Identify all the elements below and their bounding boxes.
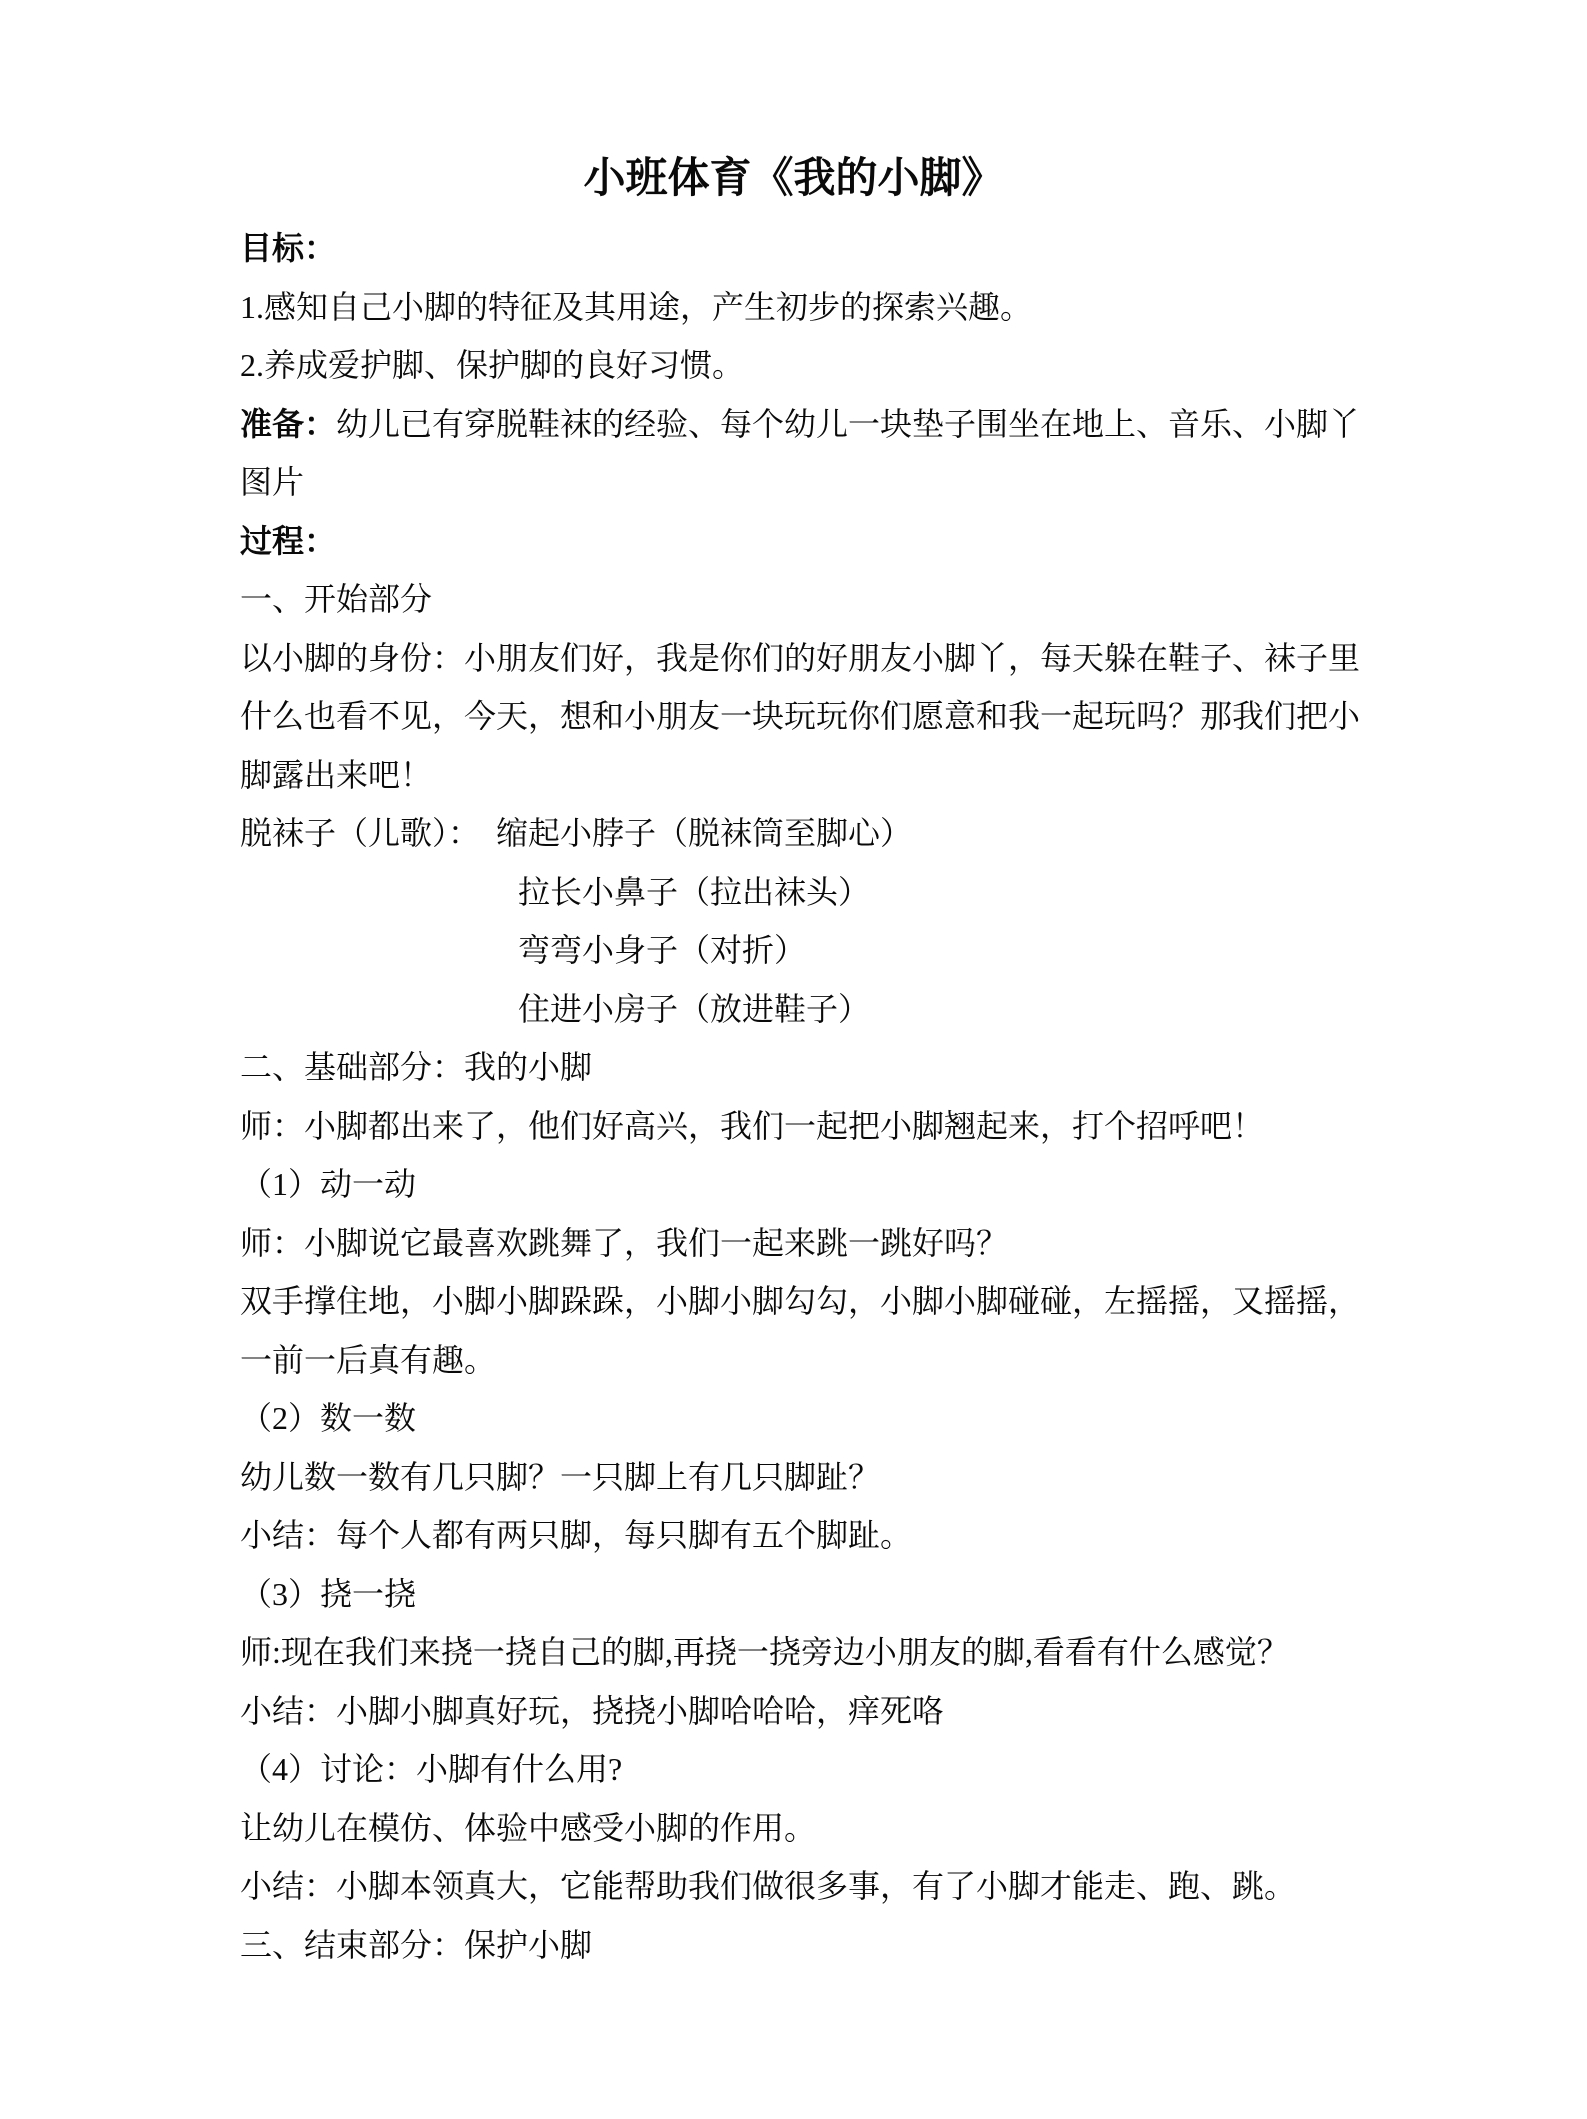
line-text: 拉长小鼻子（拉出袜头） bbox=[518, 874, 870, 910]
line-text: 幼儿已有穿脱鞋袜的经验、每个幼儿一块垫子围坐在地上、音乐、小脚丫 bbox=[336, 406, 1360, 442]
line-label: 过程： bbox=[240, 523, 336, 559]
document-line: 二、基础部分：我的小脚 bbox=[240, 1038, 1587, 1097]
document-line: 图片 bbox=[240, 453, 1587, 512]
document-line: 拉长小鼻子（拉出袜头） bbox=[240, 863, 1587, 922]
line-text: 师：小脚都出来了，他们好高兴，我们一起把小脚翘起来，打个招呼吧！ bbox=[240, 1108, 1264, 1144]
line-text: 以小脚的身份：小朋友们好，我是你们的好朋友小脚丫，每天躲在鞋子、袜子里 bbox=[240, 640, 1360, 676]
line-text: 师：小脚说它最喜欢跳舞了，我们一起来跳一跳好吗？ bbox=[240, 1225, 1008, 1261]
line-text: 让幼儿在模仿、体验中感受小脚的作用。 bbox=[240, 1810, 816, 1846]
document-line: 脱袜子（儿歌）： 缩起小脖子（脱袜筒至脚心） bbox=[240, 804, 1587, 863]
line-text: 双手撑住地，小脚小脚跺跺，小脚小脚勾勾，小脚小脚碰碰，左摇摇，又摇摇， bbox=[240, 1283, 1360, 1319]
line-text: （4）讨论：小脚有什么用? bbox=[240, 1751, 622, 1787]
line-text: 二、基础部分：我的小脚 bbox=[240, 1049, 592, 1085]
document-line: 准备：幼儿已有穿脱鞋袜的经验、每个幼儿一块垫子围坐在地上、音乐、小脚丫 bbox=[240, 395, 1587, 454]
line-text: 什么也看不见，今天，想和小朋友一块玩玩你们愿意和我一起玩吗？那我们把小 bbox=[240, 698, 1360, 734]
document-line: 师:现在我们来挠一挠自己的脚,再挠一挠旁边小朋友的脚,看看有什么感觉？ bbox=[240, 1623, 1587, 1682]
line-text: 小结：小脚本领真大，它能帮助我们做很多事，有了小脚才能走、跑、跳。 bbox=[240, 1868, 1296, 1904]
line-label: 目标： bbox=[240, 230, 336, 266]
document-line: （4）讨论：小脚有什么用? bbox=[240, 1740, 1587, 1799]
document-line: 弯弯小身子（对折） bbox=[240, 921, 1587, 980]
line-text: 1.感知自己小脚的特征及其用途，产生初步的探索兴趣。 bbox=[240, 289, 1032, 325]
document-line: 小结：每个人都有两只脚，每只脚有五个脚趾。 bbox=[240, 1506, 1587, 1565]
document-line: 脚露出来吧！ bbox=[240, 746, 1587, 805]
document-line: 1.感知自己小脚的特征及其用途，产生初步的探索兴趣。 bbox=[240, 278, 1587, 337]
line-text: 住进小房子（放进鞋子） bbox=[518, 991, 870, 1027]
document-line: 一、开始部分 bbox=[240, 570, 1587, 629]
document-page: 小班体育《我的小脚》 目标：1.感知自己小脚的特征及其用途，产生初步的探索兴趣。… bbox=[0, 0, 1587, 2119]
document-line: 小结：小脚小脚真好玩，挠挠小脚哈哈哈，痒死咯 bbox=[240, 1682, 1587, 1741]
document-line: 过程： bbox=[240, 512, 1587, 571]
document-title: 小班体育《我的小脚》 bbox=[0, 148, 1587, 210]
document-line: 以小脚的身份：小朋友们好，我是你们的好朋友小脚丫，每天躲在鞋子、袜子里 bbox=[240, 629, 1587, 688]
document-line: 小结：小脚本领真大，它能帮助我们做很多事，有了小脚才能走、跑、跳。 bbox=[240, 1857, 1587, 1916]
document-line: 目标： bbox=[240, 219, 1587, 278]
line-text: 一、开始部分 bbox=[240, 581, 432, 617]
line-text: （1）动一动 bbox=[240, 1166, 416, 1202]
document-line: 师：小脚说它最喜欢跳舞了，我们一起来跳一跳好吗？ bbox=[240, 1214, 1587, 1273]
line-text: （2）数一数 bbox=[240, 1400, 416, 1436]
line-label: 准备： bbox=[240, 406, 336, 442]
document-line: 一前一后真有趣。 bbox=[240, 1331, 1587, 1390]
document-body: 目标：1.感知自己小脚的特征及其用途，产生初步的探索兴趣。2.养成爱护脚、保护脚… bbox=[240, 219, 1587, 1974]
document-line: 让幼儿在模仿、体验中感受小脚的作用。 bbox=[240, 1799, 1587, 1858]
document-line: （2）数一数 bbox=[240, 1389, 1587, 1448]
line-text: 弯弯小身子（对折） bbox=[518, 932, 806, 968]
line-text: （3）挠一挠 bbox=[240, 1576, 416, 1612]
document-line: 住进小房子（放进鞋子） bbox=[240, 980, 1587, 1039]
line-text: 师:现在我们来挠一挠自己的脚,再挠一挠旁边小朋友的脚,看看有什么感觉？ bbox=[240, 1634, 1289, 1670]
line-text: 脚露出来吧！ bbox=[240, 757, 432, 793]
document-line: （1）动一动 bbox=[240, 1155, 1587, 1214]
line-text: 一前一后真有趣。 bbox=[240, 1342, 496, 1378]
line-text: 图片 bbox=[240, 464, 304, 500]
document-line: 师：小脚都出来了，他们好高兴，我们一起把小脚翘起来，打个招呼吧！ bbox=[240, 1097, 1587, 1156]
document-line: （3）挠一挠 bbox=[240, 1565, 1587, 1624]
document-line: 三、结束部分：保护小脚 bbox=[240, 1916, 1587, 1975]
document-line: 什么也看不见，今天，想和小朋友一块玩玩你们愿意和我一起玩吗？那我们把小 bbox=[240, 687, 1587, 746]
line-text: 幼儿数一数有几只脚？一只脚上有几只脚趾？ bbox=[240, 1459, 880, 1495]
line-text: 小结：每个人都有两只脚，每只脚有五个脚趾。 bbox=[240, 1517, 912, 1553]
line-text: 三、结束部分：保护小脚 bbox=[240, 1927, 592, 1963]
document-line: 双手撑住地，小脚小脚跺跺，小脚小脚勾勾，小脚小脚碰碰，左摇摇，又摇摇， bbox=[240, 1272, 1587, 1331]
line-text: 脱袜子（儿歌）： 缩起小脖子（脱袜筒至脚心） bbox=[240, 815, 912, 851]
document-line: 幼儿数一数有几只脚？一只脚上有几只脚趾？ bbox=[240, 1448, 1587, 1507]
document-line: 2.养成爱护脚、保护脚的良好习惯。 bbox=[240, 336, 1587, 395]
line-text: 小结：小脚小脚真好玩，挠挠小脚哈哈哈，痒死咯 bbox=[240, 1693, 944, 1729]
line-text: 2.养成爱护脚、保护脚的良好习惯。 bbox=[240, 347, 744, 383]
